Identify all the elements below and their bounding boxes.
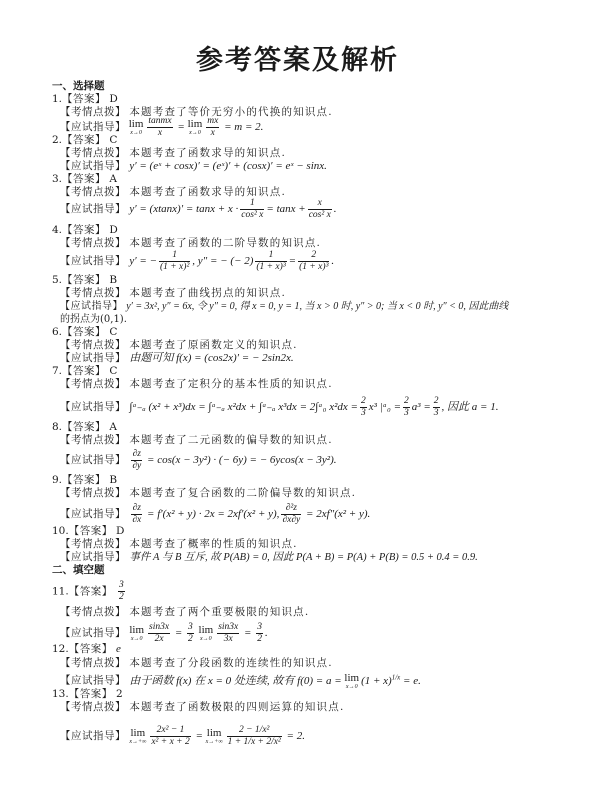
answer-label: 【答案】: [62, 134, 106, 146]
q2-answer-line: 2.【答案】 C: [52, 134, 117, 147]
q12-guide-line: 【应试指导】 由于函数 f(x) 在 x = 0 处连续, 故有 f(0) = …: [60, 671, 421, 690]
fraction: ∂z∂y: [131, 449, 142, 472]
q10-answer-line: 10.【答案】 D: [52, 525, 124, 538]
q3-number: 3.: [52, 173, 62, 185]
q2-point: 本题考查了函数求导的知识点.: [129, 147, 286, 159]
fraction: 23: [433, 396, 440, 419]
fraction: 1(1 + x)²: [159, 250, 190, 273]
q7-point-line: 【考情点拨】 本题考查了定积分的基本性质的知识点.: [60, 378, 333, 391]
limit: limx→0: [188, 119, 203, 136]
guide-label: 【应试指导】: [60, 121, 126, 133]
point-label: 【考情点拨】: [60, 487, 126, 499]
guide-label: 【应试指导】: [60, 675, 126, 687]
limit: limx→0: [129, 119, 144, 136]
q5-guide: y′ = 3x², y″ = 6x, 令 y″ = 0, 得 x = 0, y …: [126, 301, 508, 312]
guide-label: 【应试指导】: [60, 627, 126, 639]
q13-guide-line: 【应试指导】 limx→+∞2x² − 1x² + x + 2 = limx→+…: [60, 725, 305, 748]
answer-label: 【答案】: [62, 421, 106, 433]
point-label: 【考情点拨】: [60, 287, 126, 299]
answer-label: 【答案】: [62, 93, 106, 105]
fraction: mxx: [206, 116, 219, 139]
q8-point: 本题考查了二元函数的偏导数的知识点.: [129, 434, 332, 446]
q2-guide: y′ = (eˣ + cosx)′ = (eˣ)′ + (cosx)′ = eˣ…: [129, 160, 327, 172]
q11-point: 本题考查了两个重要极限的知识点.: [129, 606, 309, 618]
limit: limx→+∞: [206, 728, 223, 745]
q2-point-line: 【考情点拨】 本题考查了函数求导的知识点.: [60, 147, 286, 160]
q3-answer-line: 3.【答案】 A: [52, 173, 117, 186]
q10-point-line: 【考情点拨】 本题考查了概率的性质的知识点.: [60, 538, 298, 551]
guide-label: 【应试指导】: [60, 454, 126, 466]
q12-answer: e: [116, 643, 121, 655]
q2-guide-line: 【应试指导】 y′ = (eˣ + cosx)′ = (eˣ)′ + (cosx…: [60, 160, 327, 173]
q8-point-line: 【考情点拨】 本题考查了二元函数的偏导数的知识点.: [60, 434, 333, 447]
fraction: ∂z∂x: [131, 503, 142, 526]
guide-label: 【应试指导】: [60, 203, 126, 215]
q3-guide-line: 【应试指导】 y′ = (xtanx)′ = tanx + x ·1cos² x…: [60, 198, 337, 221]
answer-label: 【答案】: [62, 474, 106, 486]
fraction: 1(1 + x)³: [255, 250, 286, 273]
q2-number: 2.: [52, 134, 62, 146]
q5-number: 5.: [52, 274, 62, 286]
q10-number: 10.: [52, 525, 69, 537]
fraction: 32: [256, 622, 263, 645]
limit: limx→0: [199, 625, 214, 642]
point-label: 【考情点拨】: [60, 378, 126, 390]
answer-label: 【答案】: [62, 365, 106, 377]
fraction: 2 − 1/x²1 + 1/x + 2/x²: [227, 725, 282, 748]
q10-point: 本题考查了概率的性质的知识点.: [129, 538, 297, 550]
q10-guide: 事件 A 与 B 互斥, 故 P(AB) = 0, 因此 P(A + B) = …: [129, 552, 477, 563]
q13-point: 本题考查了函数极限的四则运算的知识点.: [129, 701, 344, 713]
q11-answer: 32: [118, 580, 125, 603]
fraction: ∂²z∂x∂y: [281, 503, 301, 526]
fraction: 2(1 + x)³: [298, 250, 329, 273]
answer-label: 【答案】: [62, 274, 106, 286]
point-label: 【考情点拨】: [60, 701, 126, 713]
q13-number: 13.: [52, 688, 69, 700]
section-heading-choice: 一、选择题: [52, 80, 105, 93]
answer-label: 【答案】: [69, 586, 113, 598]
q11-guide-line: 【应试指导】 limx→0sin3x2x = 32 limx→0sin3x3x …: [60, 622, 268, 645]
guide-label: 【应试指导】: [60, 352, 126, 364]
q12-answer-line: 12.【答案】 e: [52, 643, 121, 656]
q5-answer-line: 5.【答案】 B: [52, 274, 117, 287]
q6-answer-line: 6.【答案】 C: [52, 326, 117, 339]
point-label: 【考情点拨】: [60, 434, 126, 446]
fraction: 23: [360, 396, 367, 419]
q5-answer: B: [109, 274, 117, 286]
q11-point-line: 【考情点拨】 本题考查了两个重要极限的知识点.: [60, 606, 309, 619]
q5-point-line: 【考情点拨】 本题考查了曲线拐点的知识点.: [60, 287, 286, 300]
guide-label: 【应试指导】: [60, 730, 126, 742]
q5-point: 本题考查了曲线拐点的知识点.: [129, 287, 286, 299]
q5-guide-cont: 的拐点为(0,1).: [60, 313, 127, 326]
q3-point: 本题考查了函数求导的知识点.: [129, 186, 286, 198]
point-label: 【考情点拨】: [60, 538, 126, 550]
q1-number: 1.: [52, 93, 62, 105]
q1-answer: D: [109, 93, 117, 105]
point-label: 【考情点拨】: [60, 606, 126, 618]
q8-answer-line: 8.【答案】 A: [52, 421, 117, 434]
point-label: 【考情点拨】: [60, 339, 126, 351]
q1-answer-line: 1.【答案】 D: [52, 93, 118, 106]
q7-answer: C: [109, 365, 117, 377]
answer-label: 【答案】: [62, 326, 106, 338]
q4-point-line: 【考情点拨】 本题考查了函数的二阶导数的知识点.: [60, 237, 321, 250]
q13-point-line: 【考情点拨】 本题考查了函数极限的四则运算的知识点.: [60, 701, 344, 714]
fraction: tanmxx: [147, 116, 172, 139]
answer-label: 【答案】: [69, 688, 113, 700]
q10-guide-line: 【应试指导】 事件 A 与 B 互斥, 故 P(AB) = 0, 因此 P(A …: [60, 551, 478, 564]
q6-answer: C: [109, 326, 117, 338]
q10-answer: D: [116, 525, 124, 537]
q4-answer-line: 4.【答案】 D: [52, 224, 118, 237]
q9-answer-line: 9.【答案】 B: [52, 474, 117, 487]
guide-label: 【应试指导】: [60, 551, 126, 563]
q13-answer-line: 13.【答案】 2: [52, 688, 123, 701]
answer-label: 【答案】: [62, 173, 106, 185]
fraction: xcos² x: [308, 198, 332, 221]
q7-answer-line: 7.【答案】 C: [52, 365, 117, 378]
answer-label: 【答案】: [69, 525, 113, 537]
q7-number: 7.: [52, 365, 62, 377]
q6-guide: 由题可知 f(x) = (cos2x)′ = − 2sin2x.: [129, 352, 293, 364]
q9-guide-line: 【应试指导】 ∂z∂x = f′(x² + y) · 2x = 2xf′(x² …: [60, 503, 370, 526]
fraction: 32: [187, 622, 194, 645]
q8-number: 8.: [52, 421, 62, 433]
q9-point: 本题考查了复合函数的二阶偏导数的知识点.: [129, 487, 356, 499]
q8-guide-line: 【应试指导】 ∂z∂y = cos(x − 3y²) · (− 6y) = − …: [60, 449, 337, 472]
q6-point: 本题考查了原函数定义的知识点.: [129, 339, 297, 351]
limit: limx→0: [344, 673, 359, 690]
point-label: 【考情点拨】: [60, 657, 126, 669]
page-title: 参考答案及解析: [0, 38, 595, 77]
q4-answer: D: [109, 224, 117, 236]
q12-number: 12.: [52, 643, 69, 655]
q4-guide-line: 【应试指导】 y′ = −1(1 + x)², y″ = − (− 2)1(1 …: [60, 250, 334, 273]
q6-number: 6.: [52, 326, 62, 338]
q7-guide-line: 【应试指导】 ∫ᵃ₋ₐ (x² + x³)dx = ∫ᵃ₋ₐ x²dx + ∫ᵃ…: [60, 396, 498, 419]
q3-answer: A: [109, 173, 117, 185]
q13-answer: 2: [116, 688, 123, 700]
q9-number: 9.: [52, 474, 62, 486]
limit: limx→+∞: [129, 728, 146, 745]
section-heading-fill: 二、填空题: [52, 564, 105, 577]
fraction: sin3x2x: [148, 622, 170, 645]
q5-guide-line: 【应试指导】 y′ = 3x², y″ = 6x, 令 y″ = 0, 得 x …: [60, 300, 508, 313]
q8-answer: A: [109, 421, 117, 433]
guide-label: 【应试指导】: [60, 508, 126, 520]
guide-label: 【应试指导】: [60, 160, 126, 172]
q7-point: 本题考查了定积分的基本性质的知识点.: [129, 378, 332, 390]
point-label: 【考情点拨】: [60, 186, 126, 198]
q6-point-line: 【考情点拨】 本题考查了原函数定义的知识点.: [60, 339, 298, 352]
point-label: 【考情点拨】: [60, 237, 126, 249]
q4-number: 4.: [52, 224, 62, 236]
fraction: 1cos² x: [240, 198, 264, 221]
point-label: 【考情点拨】: [60, 147, 126, 159]
guide-label: 【应试指导】: [60, 401, 126, 413]
answer-label: 【答案】: [62, 224, 106, 236]
q11-number: 11.: [52, 586, 69, 598]
limit: limx→0: [129, 625, 144, 642]
q2-answer: C: [109, 134, 117, 146]
answer-label: 【答案】: [69, 643, 113, 655]
guide-label: 【应试指导】: [60, 255, 126, 267]
q4-point: 本题考查了函数的二阶导数的知识点.: [129, 237, 321, 249]
q11-answer-line: 11.【答案】 32: [52, 580, 127, 603]
guide-label: 【应试指导】: [60, 301, 123, 312]
q12-point-line: 【考情点拨】 本题考查了分段函数的连续性的知识点.: [60, 657, 333, 670]
fraction: 23: [403, 396, 410, 419]
fraction: 2x² − 1x² + x + 2: [150, 725, 190, 748]
q9-answer: B: [109, 474, 117, 486]
q12-point: 本题考查了分段函数的连续性的知识点.: [129, 657, 332, 669]
q6-guide-line: 【应试指导】 由题可知 f(x) = (cos2x)′ = − 2sin2x.: [60, 352, 294, 365]
fraction: sin3x3x: [217, 622, 239, 645]
q9-point-line: 【考情点拨】 本题考查了复合函数的二阶偏导数的知识点.: [60, 487, 356, 500]
